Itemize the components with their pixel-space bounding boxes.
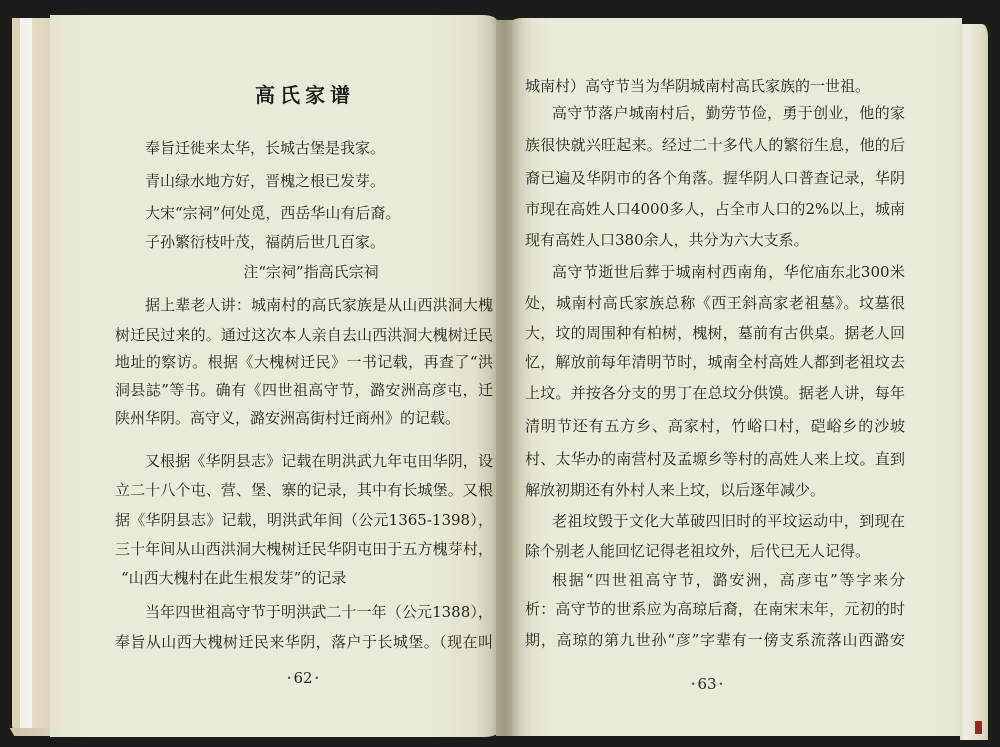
text-line: 大，坟的周围种有柏树，槐树，墓前有古供桌。据老人回	[525, 324, 905, 342]
text-line: 树迁民过来的。通过这次本人亲自去山西洪洞大槐树迁民	[115, 326, 493, 344]
text-line: 立二十八个屯、营、堡、寨的记录，其中有长城堡。又根	[115, 481, 493, 499]
text-line: 陕州华阴。高守义，潞安洲高街村迁商州》的记载。	[115, 409, 493, 427]
text-line: 期，高琼的第九世孙“彦”字辈有一傍支系流落山西潞安	[525, 631, 905, 649]
text-line: 忆，解放前每年清明节时，城南全村高姓人都到老祖坟去	[525, 353, 905, 371]
text-line: 又根据《华阴县志》记载在明洪武九年屯田华阴，设	[115, 452, 493, 470]
text-line: 洞县誌”等书。确有《四世祖高守节，潞安洲高彦屯，迁	[115, 381, 493, 399]
text-line: 上坟。并按各分支的男丁在总坟分供馍。据老人讲，每年	[525, 384, 905, 402]
text-line: 析：高守节的世系应为高琼后裔，在南宋末年，元初的时	[525, 600, 905, 618]
text-line: 根据“四世祖高守节，潞安洲，高彦屯”等字来分	[525, 571, 905, 589]
text-line: 现有高姓人口380余人，共分为六大支系。	[525, 231, 905, 249]
page-number: 63	[667, 675, 747, 694]
right-page-stack-edge	[960, 24, 988, 740]
text-line: 族很快就兴旺起来。经过二十多代人的繁衍生息，他的后	[525, 136, 905, 154]
text-line: 奉旨从山西大槐树迁民来华阴，落户于长城堡。（现在叫	[115, 633, 493, 651]
left-page: 高氏家谱 奉旨迁徙来太华，长城古堡是我家。 青山绿水地方好，晋槐之根已发芽。 大…	[50, 15, 497, 737]
text-line: 老祖坟毁于文化大革破四旧时的平坟运动中，到现在	[525, 512, 905, 530]
poem-line: 奉旨迁徙来太华，长城古堡是我家。	[145, 139, 385, 157]
text-line: 城南村）高守节当为华阴城南村高氏家族的一世祖。	[525, 77, 905, 95]
page-number: 62	[263, 669, 343, 688]
text-line: 据上辈老人讲：城南村的高氏家族是从山西洪洞大槐	[115, 296, 493, 314]
text-line: “山西大槐村在此生根发芽”的记录	[115, 569, 493, 587]
poem-line: 大宋“宗祠”何处觅，西岳华山有后裔。	[145, 204, 400, 222]
text-line: 裔已遍及华阴市的各个角落。握华阴人口普查记录，华阴	[525, 169, 905, 187]
text-line: 据《华阴县志》记载，明洪武年间（公元1365-1398），	[115, 511, 493, 529]
text-line: 市现在高姓人口4000多人，占全市人口的2%以上，城南村	[525, 200, 905, 218]
page-title: 高氏家谱	[205, 83, 405, 107]
text-line: 高守节逝世后葬于城南村西南角，华佗庙东北300米	[525, 263, 905, 281]
right-page: 城南村）高守节当为华阴城南村高氏家族的一世祖。 高守节落户城南村后，勤劳节俭，勇…	[512, 18, 962, 736]
text-line: 清明节还有五方乡、高家村，竹峪口村，硙峪乡的沙坡	[525, 417, 905, 435]
text-line: 地址的察访。根据《大槐树迁民》一书记载，再查了“洪	[115, 353, 493, 371]
text-line: 处，城南村高氏家族总称《西王斜高家老祖墓》。坟墓很	[525, 294, 905, 312]
text-line: 三十年间从山西洪洞大槐树迁民华阴屯田于五方槐芽村，	[115, 540, 493, 558]
text-line: 解放初期还有外村人来上坟，以后逐年减少。	[525, 481, 905, 499]
text-line: 除个别老人能回忆记得老祖坟外，后代已无人记得。	[525, 542, 905, 560]
left-page-stack-edge	[12, 18, 52, 730]
open-book-spread: 高氏家谱 奉旨迁徙来太华，长城古堡是我家。 青山绿水地方好，晋槐之根已发芽。 大…	[0, 0, 1000, 747]
text-line: 村、太华办的南营村及孟塬乡等村的高姓人来上坟。直到	[525, 450, 905, 468]
poem-note: 注“宗祠”指高氏宗祠	[211, 263, 411, 281]
text-line: 高守节落户城南村后，勤劳节俭，勇于创业，他的家	[525, 104, 905, 122]
red-page-edge-mark	[975, 721, 982, 734]
text-line: 当年四世祖高守节于明洪武二十一年（公元1388），	[115, 603, 493, 621]
poem-line: 子孙繁衍枝叶茂，福荫后世几百家。	[145, 233, 385, 251]
poem-line: 青山绿水地方好，晋槐之根已发芽。	[145, 172, 385, 190]
